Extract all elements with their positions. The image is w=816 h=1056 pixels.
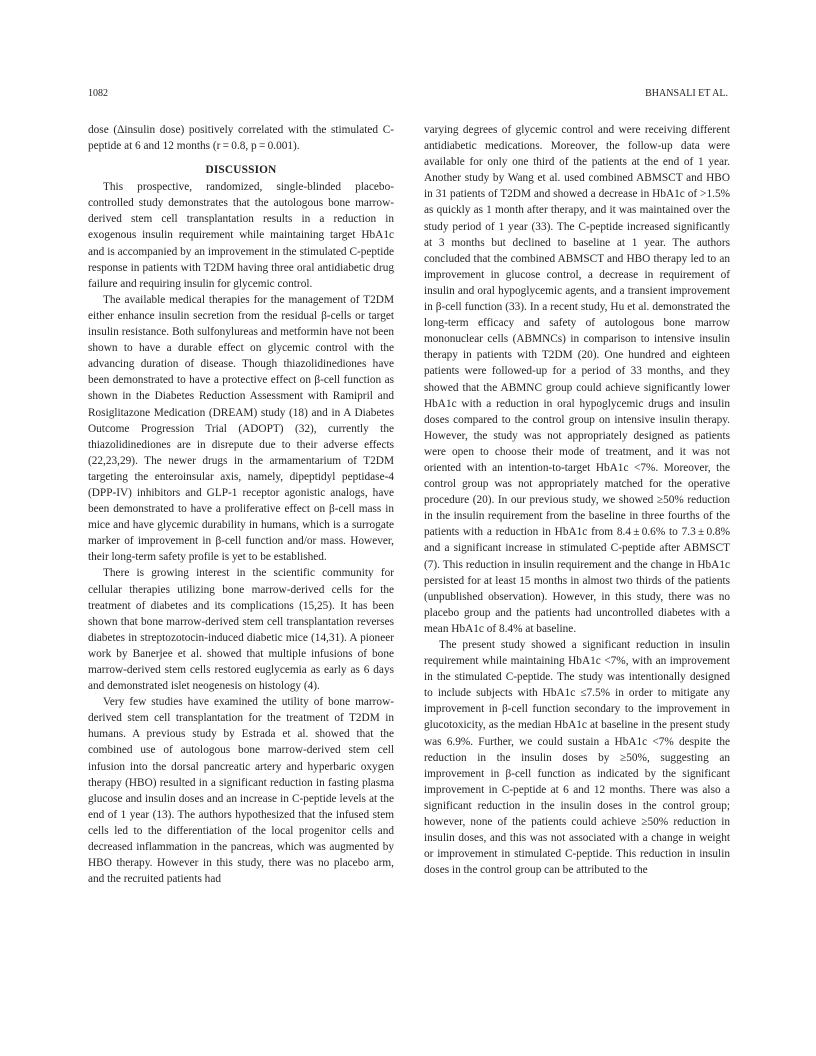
paragraph: This prospective, randomized, single-bli… — [88, 179, 394, 292]
paragraph: The available medical therapies for the … — [88, 292, 394, 566]
right-column: varying degrees of glycemic control and … — [424, 122, 730, 878]
paragraph: The present study showed a significant r… — [424, 637, 730, 878]
paragraph: Very few studies have examined the utili… — [88, 694, 394, 887]
running-author: BHANSALI ET AL. — [645, 88, 728, 100]
page-number: 1082 — [88, 88, 108, 100]
paragraph: There is growing interest in the scienti… — [88, 565, 394, 694]
left-column: dose (Δinsulin dose) positively correlat… — [88, 122, 394, 887]
continued-paragraph: dose (Δinsulin dose) positively correlat… — [88, 122, 394, 154]
paragraph: varying degrees of glycemic control and … — [424, 122, 730, 637]
section-heading-discussion: DISCUSSION — [88, 162, 394, 178]
